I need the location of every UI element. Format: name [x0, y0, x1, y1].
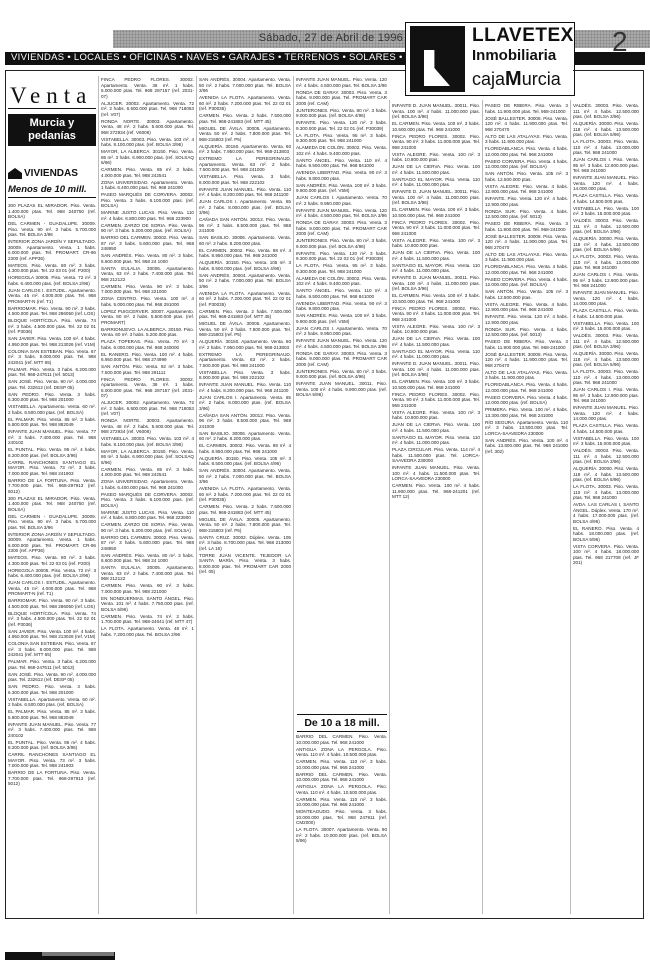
listing: VISTA ALEGRE. Piso. Venta. 100 m². 3 hab…: [392, 410, 480, 421]
listing: VISTA ALEGRE. Piso. Venta. 4 habs. 12.90…: [485, 184, 568, 195]
column-divider: [196, 76, 197, 914]
listing: SAN BASILIO. 30006. Apartamento. Venta. …: [199, 235, 291, 246]
listing: LA FLOTA. Apartamento. Venta. 48 m². 1 h…: [101, 626, 194, 637]
listing: INFANTE JUAN MANUEL. 30011. Piso. Venta.…: [296, 381, 387, 398]
house-icon: [8, 168, 22, 179]
listing: SAN ANTÓN. Piso. Venta. 105 m². 3 habs. …: [485, 289, 568, 300]
listing: SANTIAGO EL MAYOR. Piso. Venta. 110 m². …: [392, 263, 480, 274]
listing: RONDA DE GARAY. 30003. Piso. Venta. 3 ha…: [296, 351, 387, 368]
listing: PLAZA CASTILLA. Piso. Venta. 4 habs. 14.…: [573, 423, 639, 434]
listing: ALQUERÍA. 30150. Piso. Venta. 105 m². 3 …: [199, 456, 291, 467]
listing: MIGUEL DE ÁVILA. 30005. Apartamento. Ven…: [199, 321, 291, 338]
listing: CARMEN. Piso. Venta. 100 m². 4 habs. 11.…: [392, 483, 480, 500]
listing: CARRIL RANCHONES SANTIAGO EL MAYOR. Piso…: [8, 460, 96, 477]
listing: SAN JAVIER. Piso. Venta. 100 m². 4 habs.…: [8, 629, 96, 640]
price-band-heading: Menos de 10 mill.: [8, 184, 96, 198]
listing: SANTIAGO EL MAYOR. Piso. Venta. 110 m². …: [392, 177, 480, 188]
listing: VISTA ALEGRE. Piso. Venta. 100 m². 3 hab…: [392, 238, 480, 249]
listing: LA FLOTA. 30003. Piso. Venta. 110 m². 4 …: [573, 254, 639, 271]
listing: LA FLOTA. 30003. Piso. Venta. 110 m². 4 …: [573, 139, 639, 156]
listing: SAN ANTÓN. Piso. Venta. 92 m². 3 habs. 7…: [101, 364, 194, 375]
listing: SANTA EULALIA. 30005. Apartamento. Venta…: [101, 266, 194, 283]
listing: INFANTE. Piso. Venta. 120 m². 4 habs. 12…: [485, 196, 568, 207]
listing: INFANTE JUAN MANUEL. Piso. Venta. 77 m².…: [8, 722, 96, 739]
listing: BARRIOMAR. Piso. Venta. 90 m². 3 habs. 4…: [8, 598, 96, 609]
listing: SAN JAVIER. Piso. Venta. 100 m². 4 habs.…: [8, 336, 96, 347]
listing: COLONIA SAN ESTEBAN. Piso. Venta. 67 m².…: [8, 349, 96, 366]
listing: JUNTERONES. Piso. Venta. 80 m². 3 habs. …: [296, 108, 387, 119]
listing: SAN ANDRÉS. 30004. Apartamento. Venta. 5…: [199, 468, 291, 485]
listing: RONDA SUR. Piso. Venta. 4 habs. 12.500.0…: [485, 209, 568, 220]
listing: VISTABELLA. Piso. Venta. 100 m². 3 habs.…: [573, 321, 639, 332]
listing: PASEO CORVERA. Piso. Venta. 4 habs. 12.0…: [485, 277, 568, 288]
listing: SANTIAGO EL MAYOR. Piso. Venta. 110 m². …: [392, 349, 480, 360]
listing: ALQUERÍA. 30000. Piso. Venta. 118 m². 4 …: [573, 351, 639, 368]
listing: CARMEN. Piso. Venta. 110 m². 3 habs. 10.…: [296, 797, 387, 808]
listing: AVENIDA LA FLOTA. Apartamento. Venta. 60…: [199, 486, 291, 503]
listing: PASEO DE RIBERA. Piso. Venta. 3 habs. 11…: [485, 221, 568, 232]
listing: JUNTERONES. Piso. Venta. 80 m². 3 habs. …: [296, 238, 387, 249]
listing: PRIMERA. Piso. Venta. 100 m². 4 habs. 13…: [485, 407, 568, 418]
listing: COLONIA SAN ESTEBAN. Piso. Venta. 67 m².…: [8, 641, 96, 658]
listing: EL CARMEN. Piso. Venta. 100 m². 3 habs. …: [392, 207, 480, 218]
listing: ZONA UNIVERSIDAD. Apartamento. Venta. 1 …: [101, 180, 194, 191]
listing: BLOQUE HORTÍCOLA. Piso. Venta. 74 m². 3 …: [8, 611, 96, 628]
listing: ANTIGUA ZONA LA PERGOLA. Piso. Venta. 11…: [296, 784, 387, 795]
listing: SAN ANTÓN. Piso. Venta. 105 m². 3 habs. …: [485, 171, 568, 182]
listing: JUAN CARLOS I. Apartamento. Venta. 65 m²…: [199, 199, 291, 216]
listing: SANTA CRUZ. 30002. Dúplex. Venta. 105 m²…: [199, 535, 291, 552]
footer-bar-accent: [42, 952, 114, 956]
column-divider: [570, 100, 571, 914]
listing: VISTABELLA. Piso. Venta. 100 m². 3 habs.…: [573, 436, 639, 447]
listing: ANTIGUA ZONA LA PERGOLA. Piso. Venta. 11…: [296, 747, 387, 758]
category-label: VIVIENDAS: [24, 168, 78, 179]
section-title: Venta: [8, 84, 96, 109]
listing: ALQUERÍA. 30150. Apartamento. Venta. 60 …: [199, 144, 291, 155]
column-divider: [389, 100, 390, 914]
listing: BARRIOMAR. Piso. Venta. 90 m². 3 habs. 4…: [8, 306, 96, 317]
listing: ALQUERÍA. 30000. Piso. Venta. 118 m². 4 …: [573, 466, 639, 483]
listing: JUAN CARLOS I. Apartamento. Venta. 65 m²…: [199, 395, 291, 412]
listing: ALQUERÍA. 30000. Piso. Venta. 118 m². 4 …: [573, 236, 639, 253]
listing: ALTO DE LAS ATALAYAS. Piso. Venta. 3 hab…: [485, 134, 568, 145]
listing: VISTA ALEGRE. Piso. Venta. 100 m². 3 hab…: [392, 324, 480, 335]
listing: RONDA NORTE. 30003. Apartamento. Venta. …: [101, 418, 194, 435]
listing: VALDÉS. 30003. Piso. Venta. 111 m². 4 ha…: [573, 448, 639, 465]
listing: CARMEN. Piso. Venta. 85 m². 3 habs. 4.00…: [101, 167, 194, 178]
listing: JUAN DE LA CIERVA. Piso. Venta. 100 m². …: [392, 250, 480, 261]
listing: SAN ANDRÉS. Piso. Venta. 100 m². 3 habs.…: [296, 313, 387, 324]
listing: FLORIDABLANCA. Piso. Venta. 4 habs. 12.0…: [485, 146, 568, 157]
listing: 300 PLAZAS EL MIRADOR. Piso. Venta. 1.40…: [8, 203, 96, 220]
listing: EL PALMAR. Piso. Venta. 85 m². 3 habs. 5…: [8, 709, 96, 720]
listing: CARMEN. Piso. Venta. 90 m². 3 habs. 7.00…: [101, 583, 194, 594]
listing: EL CARMEN. Piso. Venta. 100 m². 3 habs. …: [392, 293, 480, 304]
listing: VISTABELLA. Apartamento. Venta. 60 m². 2…: [8, 697, 96, 708]
listing-column-7: VALDÉS. 30003. Piso. Venta. 111 m². 4 ha…: [573, 103, 639, 915]
listing: INTERIOR ZONA JARDÍN Y SEPULTADO. 30009.…: [8, 239, 96, 261]
listing: SAN ANDRÉS. Piso. Venta. 100 m². 3 habs.…: [296, 183, 387, 194]
listing: FLORIDABLANCA. Piso. Venta. 4 habs. 12.0…: [485, 264, 568, 275]
listing: JUAN CARLOS I. ESTUDIL. Apartamento. Ven…: [8, 288, 96, 305]
listing: CARMEN. Piso. Venta. 2 habs. 7.500.000 p…: [199, 309, 291, 320]
listing: MARINE JUSTO LUCAS. Piso. Venta. 110 m².…: [101, 510, 194, 521]
listing: ALAMEDA DE COLÓN. 30002. Piso. Venta. 10…: [296, 145, 387, 156]
listing: SAN JOSÉ. Piso. Venta. 90 m². 4.000.000 …: [8, 672, 96, 683]
listing: SAN ANDRÉS. Piso. Venta. 80 m². 3 habs. …: [101, 553, 194, 564]
listing: BARRIO DE LA FORTUNA. Piso. Venta. 7.700…: [8, 770, 96, 787]
listing: PASEO MARQUÉS DE CORVERA. 30002. Piso. V…: [101, 192, 194, 209]
listing: BLOQUE HORTÍCOLA. Piso. Venta. 74 m². 3 …: [8, 318, 96, 335]
listing: BARRIO DEL CARMEN. Piso. Venta. 10.000.0…: [296, 772, 387, 783]
listing: ALTO DE LAS ATALAYAS. Piso. Venta. 3 hab…: [485, 252, 568, 263]
listing: SAN BASILIO. 30006. Apartamento. Venta. …: [199, 431, 291, 442]
logo-subtitle: Inmobiliaria: [472, 47, 556, 64]
listing: EL CARMEN. 30002. Piso. Venta. 98 m². 4 …: [199, 248, 291, 259]
listing: INFANTE JUAN MANUEL. Piso. Venta. 77 m².…: [8, 429, 96, 446]
listing: CARMEN. Piso. Venta. 74 m². 2 habs. 1.70…: [101, 614, 194, 625]
listing: PASEO MARQUÉS DE CORVERA. 30002. Piso. V…: [101, 492, 194, 509]
listing: INFANTE JUAN MANUEL. Piso. Venta. 120 m²…: [296, 338, 387, 349]
listing: EL RANERO. Piso. Venta. 100 m². 4 habs. …: [101, 352, 194, 363]
listing: SANTA EULALIA. 30005. Apartamento. Venta…: [101, 565, 194, 582]
listing: INTERIOR ZONA JARDÍN Y SEPULTADO. 30009.…: [8, 532, 96, 554]
listing: RONDA DE GARAY. 30003. Piso. Venta. 3 ha…: [296, 220, 387, 237]
listing: DEL CARMEN - GUADALUPE. 30009. Piso. Ven…: [8, 221, 96, 238]
listing-column-4: INFANTE JUAN MANUEL. Piso. Venta. 120 m²…: [296, 77, 387, 711]
listing: INFANTE. Piso. Venta. 120 m². 3 habs. 9.…: [296, 120, 387, 131]
listing: VISTABELLA. Apartamento. Venta. 60 m². 2…: [8, 404, 96, 415]
listing: BARRIO DE LA FORTUNA. Piso. Venta. 7.700…: [8, 478, 96, 495]
listing: PLAZA CASTILLA. Piso. Venta. 4 habs. 14.…: [573, 308, 639, 319]
frame-top-rule: [5, 70, 405, 71]
listing: JUAN CARLOS I. Apartamento. Venta. 70 m²…: [296, 326, 387, 337]
listing: INFANTE JUAN MANUEL. Piso. Venta. 110 m²…: [199, 382, 291, 393]
listing: 300 PLAZAS EL MIRADOR. Piso. Venta. 1.40…: [8, 496, 96, 513]
listing: PASEO DE RIBERA. Piso. Venta. 3 habs. 11…: [485, 339, 568, 350]
listing: PLAZA CASTILLA. Piso. Venta. 4 habs. 14.…: [573, 193, 639, 204]
listing: RONDA DE GARAY. 30003. Piso. Venta. 3 ha…: [296, 90, 387, 107]
listing: VISTABELLA. Piso. Venta. 3 habs. 8.000.0…: [199, 174, 291, 185]
listing: FINCA PEDRO FLORES. 30002. Piso. Venta. …: [392, 306, 480, 323]
price-band-heading-2: De 10 a 18 mill.: [297, 714, 387, 732]
frame-top-rule-right: [573, 70, 643, 71]
column-divider: [98, 76, 99, 914]
listing: RÍO SEGURA. Apartamento. Venta. 110 m². …: [485, 420, 568, 437]
listing: MIGUEL DE ÁVILA. 30005. Apartamento. Ven…: [199, 517, 291, 534]
listing: JUAN DE LA CIERVA. Piso. Venta. 100 m². …: [392, 164, 480, 175]
listing: MATEOS. Piso. Venta. 80 m². 3 habs. 4.30…: [8, 555, 96, 566]
listing: INFANTE JUAN MANUEL. Piso. Venta. 120 m²…: [573, 405, 639, 422]
listing: JUAN CARLOS I. ESTUDIL. Apartamento. Ven…: [8, 580, 96, 597]
listing: ALQUERÍA. 30000. Piso. Venta. 118 m². 4 …: [573, 121, 639, 138]
listing: SANTO ÁNGEL. Piso. Venta. 110 m². 4 habs…: [296, 158, 387, 169]
listing: INFANTE D. JUAN MANUEL. 30011. Piso. Ven…: [392, 189, 480, 206]
listing: PLAZA CIRCULAR. Piso. Venta. 114 m². 4 h…: [392, 447, 480, 464]
listing: LA FLOTA. 30003. Piso. Venta. 110 m². 4 …: [573, 484, 639, 501]
listing: SAN ANDRÉS. Piso. Venta. 80 m². 3 habs. …: [101, 253, 194, 264]
listing: FLORIDABLANCA. Piso. Venta. 4 habs. 12.0…: [485, 382, 568, 393]
listing: LA FLOTA. Piso. Venta. 95 m². 3 habs. 9.…: [296, 263, 387, 274]
listing: JOSÉ BALLESTER. 30008. Piso. Venta. 120 …: [485, 116, 568, 133]
listing-column-3: SAN ANDRÉS. 30004. Apartamento. Venta. 5…: [199, 77, 291, 915]
listing: ALAMEDA DE COLÓN. 30002. Piso. Venta. 10…: [296, 276, 387, 287]
listing: EL PALMAR. Piso. Venta. 85 m². 3 habs. 5…: [8, 417, 96, 428]
listing: INFANTE JUAN MANUEL. Piso. Venta. 120 m²…: [573, 290, 639, 307]
listing: CARMEN. Piso. Venta. 85 m². 3 habs. 4.00…: [101, 467, 194, 478]
listing: FINCA PEDRO FLORES. 30002. Piso. Venta. …: [392, 134, 480, 151]
listing: EL CARMEN. Piso. Venta. 100 m². 3 habs. …: [392, 121, 480, 132]
listing: JUAN CARLOS I. Piso. Venta. 95 m². 3 hab…: [573, 272, 639, 289]
listing: ZONA UNIVERSIDAD. Apartamento. Venta. 1 …: [101, 479, 194, 490]
listing: INFANTE. Piso. Venta. 120 m². 4 habs. 12…: [485, 314, 568, 325]
listing: VISTA ALEGRE. Piso. Venta. 100 m². 3 hab…: [392, 152, 480, 163]
listing: JUAN CARLOS I. Apartamento. Venta. 70 m²…: [296, 195, 387, 206]
listing: JUAN DE LA CIERVA. Piso. Venta. 100 m². …: [392, 336, 480, 347]
listing: JUAN CARLOS I. Piso. Venta. 95 m². 3 hab…: [573, 387, 639, 404]
listing: EL CARMEN. Piso. Venta. 100 m². 3 habs. …: [392, 379, 480, 390]
listing: PALMAR. Piso. Venta. 3 habs. 6.200.000 p…: [8, 367, 96, 378]
listing: ALJUCER. 30002. Apartamento. Venta. 72 m…: [101, 400, 194, 417]
listing: CAÑADA SAN ANTÓN. 30012. Piso. Venta. 96…: [199, 217, 291, 234]
listing: AVDA. LAS CARLAS I, SANTO ÁNGEL. Dúplex.…: [573, 502, 639, 524]
listing: AVENIDA LIBERTAD. Piso. Venta. 90 m². 3 …: [296, 170, 387, 181]
listing: INFANTE D. JUAN MANUEL. 30011. Piso. Ven…: [392, 103, 480, 120]
listing: LA FLOTA. Piso. Venta. 95 m². 3 habs. 9.…: [296, 133, 387, 144]
listing: FINCA PEDRO FLORES. 30002. Piso. Venta. …: [392, 392, 480, 409]
listing: EXTREMO LA PEREGRINAUD. Apartamento. Ven…: [199, 156, 291, 173]
listing: EN NONDUERMAS. SANTO ÁNGEL. Piso. Venta.…: [101, 596, 194, 613]
listing: ALQUERÍA. 30150. Piso. Venta. 105 m². 3 …: [199, 260, 291, 271]
listing: VISTABELLA. Piso. Venta. 3 habs. 8.000.0…: [199, 370, 291, 381]
listing: EL PUNTAL. Piso. Venta. 95 m². 4 habs. 8…: [8, 447, 96, 458]
listing: SAN ANDRÉS. 30004. Apartamento. Venta. 5…: [199, 77, 291, 94]
listing: INFANTE JUAN MANUEL. Piso. Venta. 120 m²…: [573, 175, 639, 192]
listing: JOSÉ BALLESTER. 30008. Piso. Venta. 120 …: [485, 234, 568, 251]
listing: LA FLOTA. 30007. Apartamento. Venta. 90 …: [296, 827, 387, 844]
listing: ALJUCER. 30002. Apartamento. Venta. 72 m…: [101, 101, 194, 118]
listing: INFANTE. Piso. Venta. 120 m². 3 habs. 9.…: [296, 251, 387, 262]
listing: MARINE JUSTO LUCAS. Piso. Venta. 110 m².…: [101, 210, 194, 221]
listing: SAN ANDRÉS. Piso. Venta. 100 m². 4 habs.…: [485, 438, 568, 455]
listing: PASEO DE RIBERA. Piso. Venta. 3 habs. 11…: [485, 103, 568, 114]
listing-column-5: INFANTE D. JUAN MANUEL. 30011. Piso. Ven…: [392, 103, 480, 915]
listing: JUAN DE LA CIERVA. Piso. Venta. 100 m². …: [392, 422, 480, 433]
listing: CARMEN. Piso. Venta. 2 habs. 7.500.000 p…: [199, 113, 291, 124]
listing: BARRIONUEVO. LA ALBERCA. 30150. Piso. Ve…: [101, 327, 194, 338]
listing: INFANTE JUAN MANUEL. Piso. Venta. 120 m²…: [296, 77, 387, 88]
category-list: VIVIENDAS • LOCALES • OFICINAS • NAVES •…: [11, 52, 403, 63]
listing: HOREGOLA 30005. Piso. Venta. 72 m². 3 ha…: [8, 568, 96, 579]
listing-column-1: 300 PLAZAS EL MIRADOR. Piso. Venta. 1.40…: [8, 203, 96, 915]
listing: SANTIAGO EL MAYOR. Piso. Venta. 110 m². …: [392, 435, 480, 446]
listing: RONDA NORTE. 30003. Apartamento. Venta. …: [101, 119, 194, 136]
listing: DEL CARMEN - GUADALUPE. 30009. Piso. Ven…: [8, 514, 96, 531]
listing: VISTABELLA. 30003. Piso. Venta. 103 m². …: [101, 137, 194, 148]
listing: CARMEN. Piso. Venta. 110 m². 3 habs. 10.…: [296, 759, 387, 770]
section-header: Venta Murcia y pedanías: [8, 84, 96, 162]
listing: EL PUNTAL. Piso. Venta. 95 m². 4 habs. 8…: [8, 740, 96, 751]
listing: ZONA CENTRO. Piso. Venta. 100 m². 4 habs…: [101, 296, 194, 307]
listing: MAYOR, LA ALBERCA. 30150. Piso. Venta. 8…: [101, 449, 194, 466]
date-band: Sábado, 27 de Abril de 1996: [113, 30, 413, 48]
listing: SAN JOSÉ. Piso. Venta. 90 m². 4.000.000 …: [8, 379, 96, 390]
listing: INFANTE JUAN MANUEL. Piso. Venta. 100 m²…: [392, 465, 480, 482]
listing: TORRE JUAN VICENTE. TEJEDOR LA SANTA MAR…: [199, 553, 291, 575]
listing: MIGUEL DE ÁVILA. 30005. Apartamento. Ven…: [199, 126, 291, 143]
listing: SAN PEDRO. Piso. Venta. 3 habs. 6.300.00…: [8, 684, 96, 695]
area-label: Murcia y pedanías: [8, 114, 96, 146]
column-divider: [293, 76, 294, 914]
listing: JUNTERONES. Piso. Venta. 80 m². 3 habs. …: [296, 369, 387, 380]
listing: VISTA ALEGRE. Piso. Venta. 4 habs. 12.90…: [485, 302, 568, 313]
listing: BARRIO DEL CARMEN. Piso. Venta. 10.000.0…: [296, 734, 387, 745]
listing: FINCA PEDRO FLORES. 30002. Apartamento. …: [101, 377, 194, 399]
listing: PALMAR. Piso. Venta. 3 habs. 6.200.000 p…: [8, 659, 96, 670]
listing: FINCA PEDRO FLORES. 30002. Piso. Venta. …: [392, 220, 480, 237]
listing: INFANTE D. JUAN MANUEL. 30011. Piso. Ven…: [392, 275, 480, 292]
listing: HOREGOLA 30005. Piso. Venta. 72 m². 3 ha…: [8, 275, 96, 286]
listing: VALDÉS. 30003. Piso. Venta. 111 m². 4 ha…: [573, 103, 639, 120]
listing-column-6: PASEO DE RIBERA. Piso. Venta. 3 habs. 11…: [485, 103, 568, 915]
issue-date: Sábado, 27 de Abril de 1996: [259, 32, 403, 44]
listing: ALTO DE LAS ATALAYAS. Piso. Venta. 3 hab…: [485, 370, 568, 381]
listing: RONDA SUR. Piso. Venta. 4 habs. 12.500.0…: [485, 327, 568, 338]
listing: AVENIDA LA FLOTA. Apartamento. Venta. 60…: [199, 291, 291, 308]
listing: VISTABELLA. Piso. Venta. 100 m². 3 habs.…: [573, 206, 639, 217]
listing: MATEOS. Piso. Venta. 80 m². 3 habs. 4.30…: [8, 263, 96, 274]
listing: SAN PEDRO. Piso. Venta. 3 habs. 6.300.00…: [8, 392, 96, 403]
listing: VISTABELLA. 30003. Piso. Venta. 103 m². …: [101, 436, 194, 447]
listing: MAYOR, LA ALBERCA. 30150. Piso. Venta. 8…: [101, 149, 194, 166]
listing: AVENIDA LA FLOTA. Apartamento. Venta. 60…: [199, 95, 291, 112]
column-divider: [482, 100, 483, 914]
listing-column-4-lower: BARRIO DEL CARMEN. Piso. Venta. 10.000.0…: [296, 734, 387, 914]
listing: BARRIO DEL CARMEN. 30002. Piso. Venta. 8…: [101, 235, 194, 252]
listing: ALQUERÍA. 30150. Apartamento. Venta. 60 …: [199, 339, 291, 350]
listing: CARMEN. ZARZO DE SORIA. Piso. Venta. 90 …: [101, 522, 194, 533]
listing: PLAZA TOPERAS. Piso. Venta. 70 m². 3 hab…: [101, 339, 194, 350]
listing: LOPEZ PUIGCERVER. 30007. Apartamento. Ve…: [101, 309, 194, 326]
logo-brand: LLAVETEX: [472, 25, 574, 47]
listing: VALDÉS. 30003. Piso. Venta. 111 m². 4 ha…: [573, 333, 639, 350]
listing: EL CARMEN. 30002. Piso. Venta. 98 m². 4 …: [199, 443, 291, 454]
listing: CAÑADA SAN ANTÓN. 30012. Piso. Venta. 96…: [199, 413, 291, 430]
category-heading: VIVIENDAS: [8, 168, 96, 179]
listing: CARMEN. Piso. Venta. 2 habs. 7.500.000 p…: [199, 504, 291, 515]
listing: CARRIL RANCHONES SANTIAGO EL MAYOR. Piso…: [8, 752, 96, 769]
listing-column-2: FINCA PEDRO FLORES. 30002. Apartamento. …: [101, 77, 194, 915]
listing: BARRIO DEL CARMEN. 30002. Piso. Venta. 8…: [101, 535, 194, 552]
listing: SAN ANDRÉS. 30004. Apartamento. Venta. 5…: [199, 273, 291, 290]
listing: EXTREMO LA PEREGRINAUD. Apartamento. Ven…: [199, 352, 291, 369]
listing: FINCA PEDRO FLORES. 30002. Apartamento. …: [101, 77, 194, 99]
listing: AVENIDA LIBERTAD. Piso. Venta. 90 m². 3 …: [296, 301, 387, 312]
listing: JOSÉ BALLESTER. 30008. Piso. Venta. 120 …: [485, 352, 568, 369]
listing: CARMEN. ZARZO DE SORIA. Piso. Venta. 90 …: [101, 223, 194, 234]
listing: LA FLOTA. 30003. Piso. Venta. 110 m². 4 …: [573, 369, 639, 386]
listing: CARMEN. Piso. Venta. 90 m². 3 habs. 7.00…: [101, 284, 194, 295]
listing: VALDÉS. 30003. Piso. Venta. 111 m². 4 ha…: [573, 218, 639, 235]
listing: INFANTE JUAN MANUEL. Piso. Venta. 120 m²…: [296, 208, 387, 219]
listing: PASEO CORVERA. Piso. Venta. 4 habs. 12.0…: [485, 159, 568, 170]
listing: VISTA CORVERA. Piso. Venta. 100 m². 4 ha…: [573, 544, 639, 566]
listing: SANTO ÁNGEL. Piso. Venta. 110 m². 4 habs…: [296, 288, 387, 299]
listing: INFANTE JUAN MANUEL. Piso. Venta. 110 m²…: [199, 187, 291, 198]
listing: JUAN CARLOS I. Piso. Venta. 95 m². 3 hab…: [573, 157, 639, 174]
listing: PASEO CORVERA. Piso. Venta. 4 habs. 12.0…: [485, 395, 568, 406]
listing: EL RANERO. Piso. Venta. 4 habs. 18.000.0…: [573, 526, 639, 543]
listing: INFANTE D. JUAN MANUEL. 30011. Piso. Ven…: [392, 361, 480, 378]
listing: MONTEAGUDO. Piso. Venta. 3 habs. 10.000.…: [296, 809, 387, 826]
